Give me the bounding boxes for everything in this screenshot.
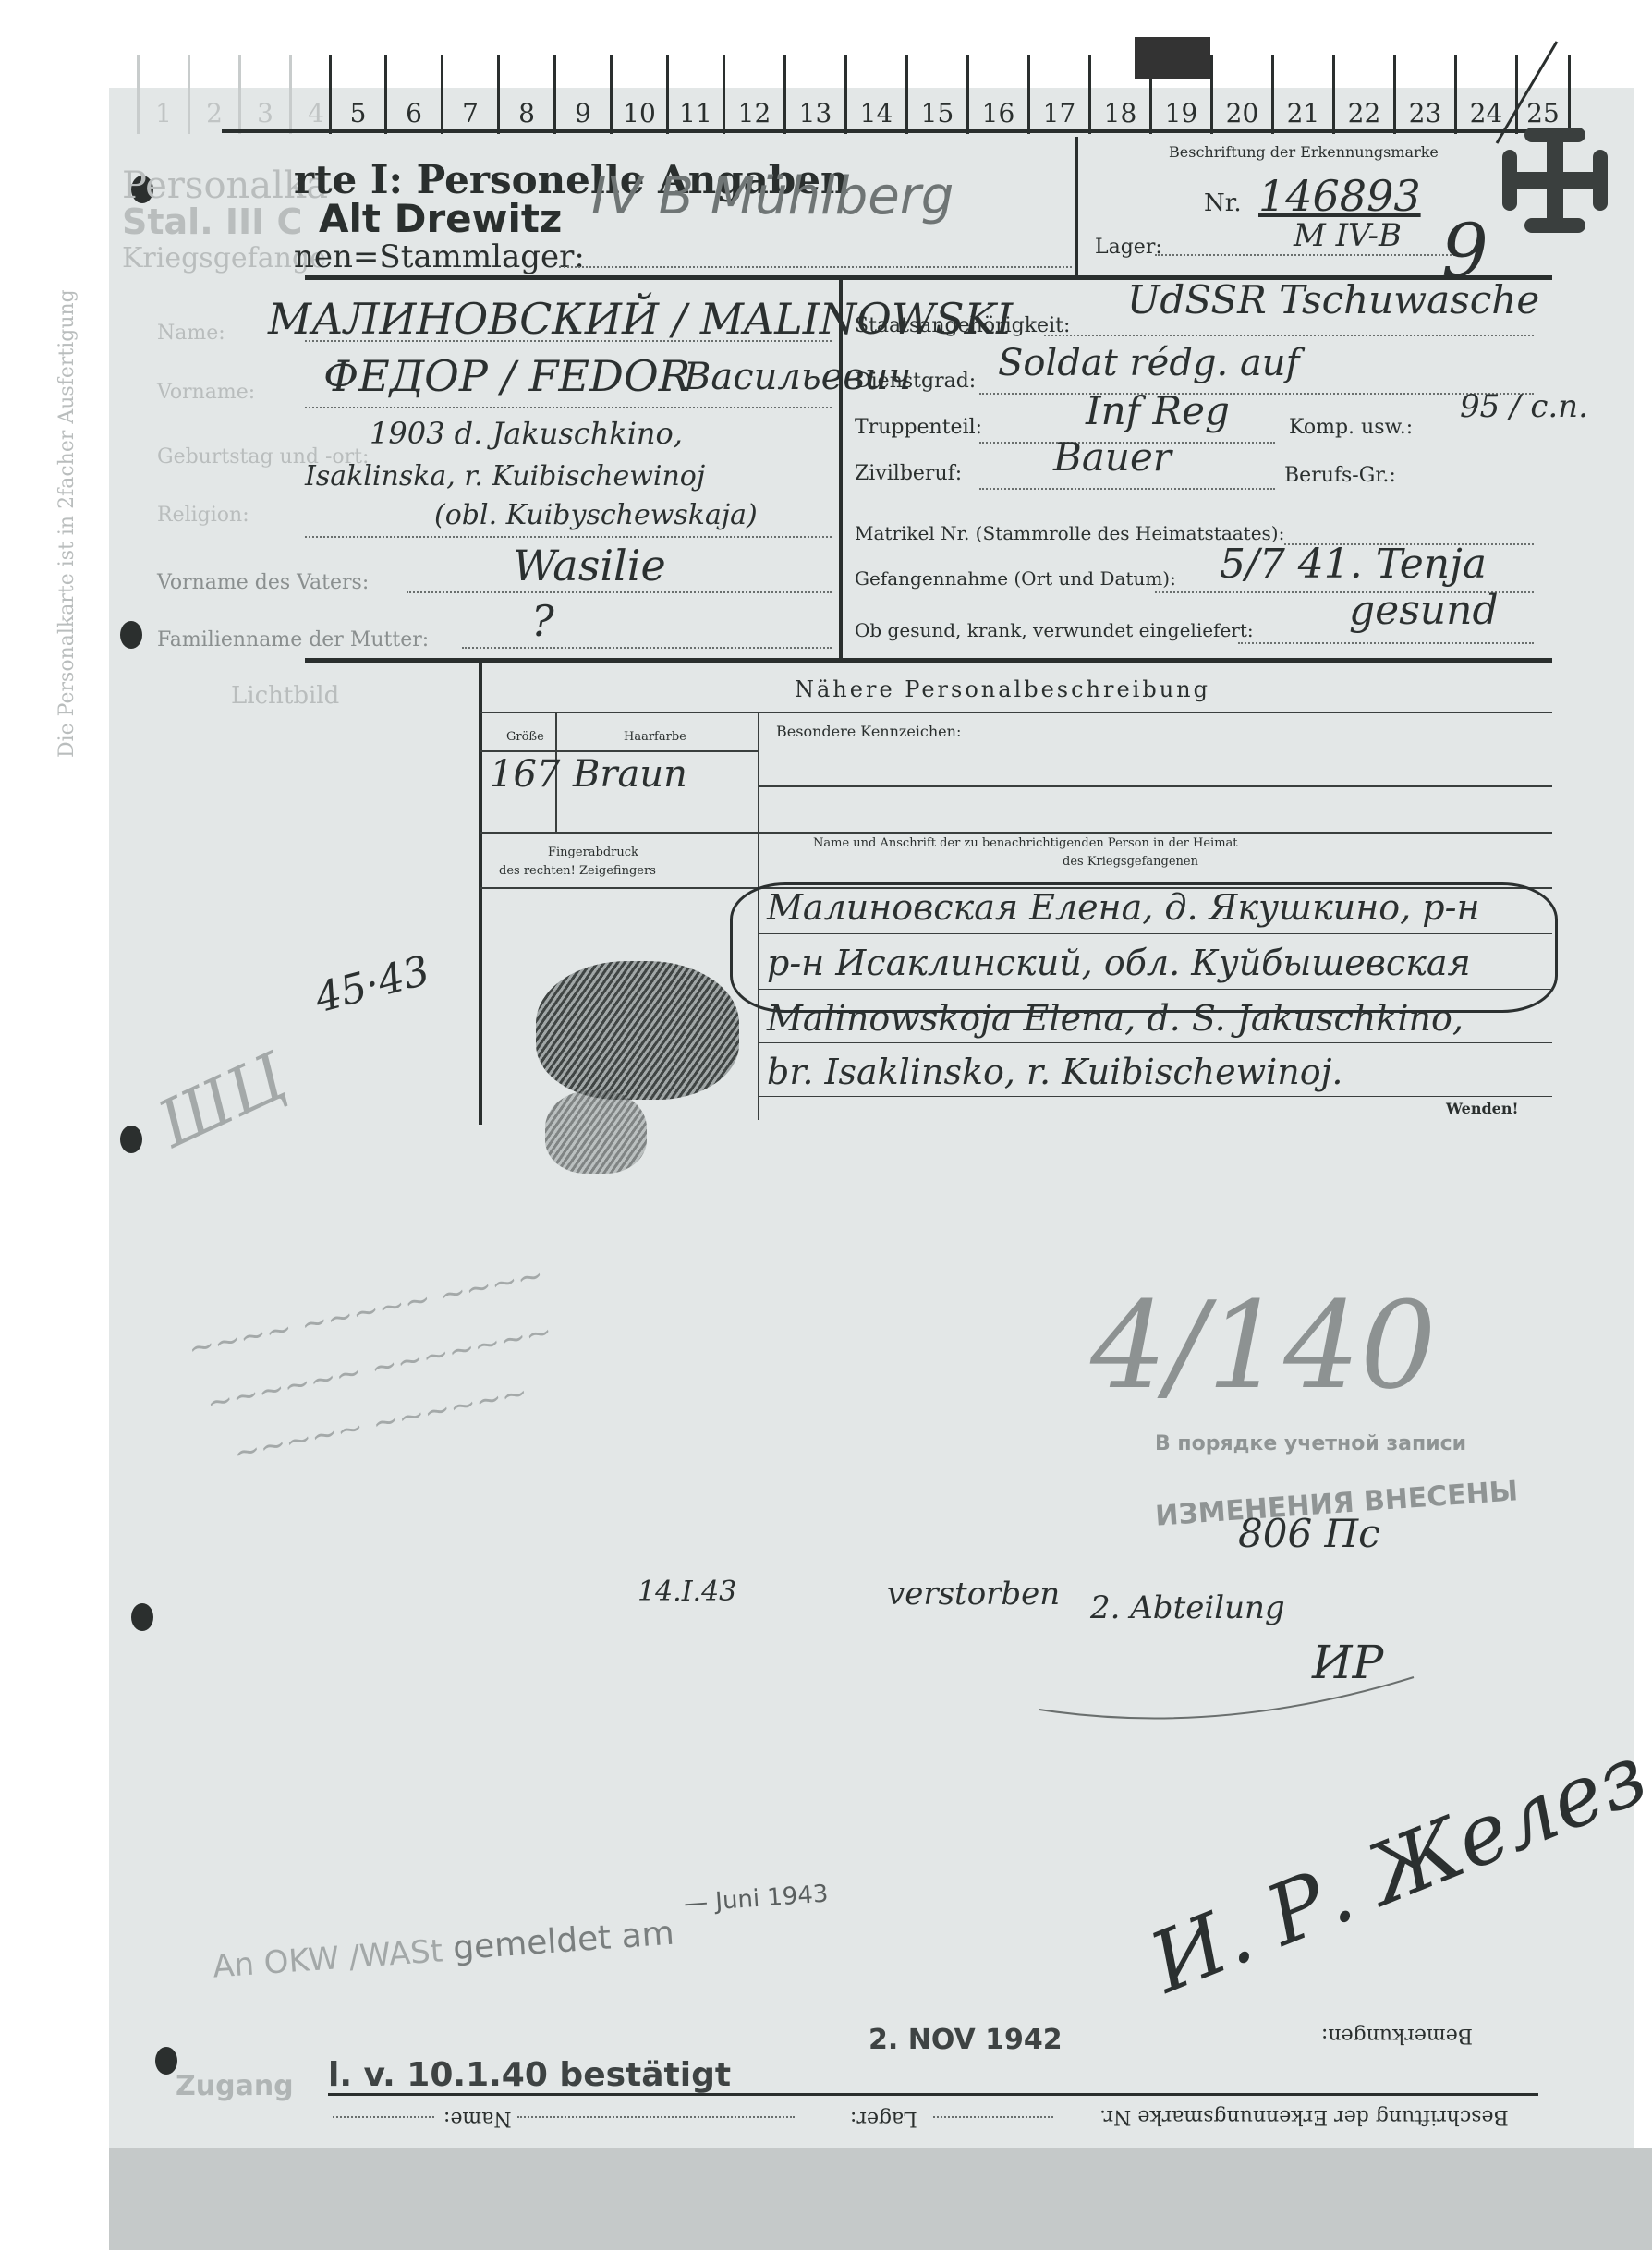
side-text-faint: Die Personalkarte ist in 2facher Ausfert… [55, 289, 79, 758]
ruler-number: 17 [1043, 98, 1076, 128]
death-date: 14.I.43 [638, 1576, 736, 1608]
health-label: Ob gesund, krank, verwundet eingeliefert… [855, 619, 1254, 641]
id-tag-nr-label: Nr. [1204, 189, 1242, 217]
fingerprint-label-2: des rechten! Zeigefingers [499, 864, 656, 878]
confirm-stamp-prefix-faint: Zugang [176, 2070, 294, 2102]
ruler-cell: 7 [441, 55, 497, 134]
ruler-number: 2 [206, 98, 223, 128]
civil-label: Zivilberuf: [855, 462, 962, 485]
turn-over-label: Wenden! [1446, 1100, 1519, 1117]
contact-line: р-н Исаклинский, обл. Куйбышевская [767, 943, 1471, 983]
id-tag-number: 146893 [1258, 171, 1421, 221]
ruler-cell: 23 [1393, 55, 1454, 134]
ruler-cell: 12 [723, 55, 783, 134]
capture-label: Gefangennahme (Ort und Datum): [855, 567, 1176, 590]
index-tab-marker [1135, 37, 1210, 79]
ruler-number: 12 [738, 98, 771, 128]
lager-field-line [1155, 254, 1469, 256]
footer-lager-label: Lager: [850, 2107, 917, 2130]
company-value: 95 / с.п. [1460, 388, 1588, 425]
id-tag-label: Beschriftung der Erkennungsmarke [1169, 143, 1439, 161]
photo-label: Lichtbild [231, 682, 339, 710]
ruler-cell: 20 [1210, 55, 1271, 134]
birth-value-line3: (obl. Kuibyschewskaja) [434, 499, 758, 531]
field-line [407, 591, 832, 593]
ruler-cell: 11 [666, 55, 723, 134]
ruler-cell: 15 [905, 55, 966, 134]
field-line [517, 2116, 795, 2118]
death-note: verstorben [887, 1576, 1060, 1613]
field-line [305, 536, 832, 538]
field-line [1238, 642, 1534, 644]
lager-value: M IV-B [1294, 217, 1402, 254]
footer-name-label: Name: [443, 2107, 512, 2130]
ruler-cell: 8 [497, 55, 553, 134]
ruler-cell: 21 [1271, 55, 1332, 134]
ruler-number: 16 [982, 98, 1015, 128]
divider [480, 832, 1552, 834]
ruler-number: 9 [575, 98, 591, 128]
punch-hole [155, 2047, 177, 2075]
company-label: Komp. usw.: [1289, 416, 1413, 439]
capture-value: 5/7 41. Tenja [1220, 541, 1487, 588]
contact-label-1: Name und Anschrift der zu benachrichtige… [813, 836, 1238, 850]
field-line [979, 488, 1275, 490]
ruler-number: 10 [623, 98, 656, 128]
punch-hole [120, 1126, 142, 1153]
stammlager-label: nen=Stammlager: [294, 238, 585, 275]
rank-label: Dienstgrad: [855, 370, 976, 393]
ruler-cell: 10 [610, 55, 666, 134]
ruler-number: 11 [679, 98, 712, 128]
firstname-label: Vorname: [157, 381, 255, 404]
ruler-number: 8 [518, 98, 535, 128]
divider [759, 989, 1552, 990]
rank-value: Soldat rédg. auf [998, 342, 1299, 384]
nationality-label: Staatsangehörigkeit: [855, 314, 1070, 337]
ruler-cell: 3 [238, 55, 289, 134]
mother-label: Familienname der Mutter: [157, 628, 429, 651]
height-label: Größe [506, 730, 544, 744]
ruler-number: 15 [921, 98, 954, 128]
contact-line: Malinowskoja Elena, d. S. Jakuschkino, [767, 998, 1464, 1039]
mother-value: ? [531, 596, 554, 646]
ruler-cell: 13 [783, 55, 844, 134]
ruler-number: 5 [350, 98, 367, 128]
ruler-number: 13 [799, 98, 832, 128]
field-line [333, 2116, 434, 2118]
firstname-value: ФЕДОР / FEDOR [323, 351, 690, 401]
unit-value: Inf Reg [1086, 388, 1230, 433]
divider [759, 1096, 1552, 1097]
field-line [305, 407, 832, 408]
divider [480, 750, 758, 752]
cross-potent-emblem-icon [1495, 120, 1615, 240]
ruler-cell: 14 [844, 55, 905, 134]
field-line [979, 393, 1534, 395]
ruler-cell: 5 [329, 55, 384, 134]
father-value: Wasilie [513, 541, 666, 590]
contact-label-2: des Kriegsgefangenen [1063, 855, 1198, 869]
hair-value: Braun [573, 753, 687, 796]
punch-hole [120, 621, 142, 649]
ruler-baseline [222, 129, 1534, 133]
field-line [462, 647, 832, 649]
fingerprint-label-1: Fingerabdruck [548, 846, 638, 859]
field-line [305, 340, 832, 342]
contact-line: Малиновская Елена, д. Якушкино, р-н [767, 887, 1480, 928]
ruler-number: 21 [1287, 98, 1320, 128]
stamp-registry-line: В порядке учетной записи [1155, 1432, 1466, 1455]
divider [479, 663, 482, 1125]
height-value: 167 [490, 753, 560, 796]
punch-hole [131, 1603, 153, 1631]
large-pencil-number: 4/140 [1090, 1275, 1437, 1416]
death-note-tail: 2. Abteilung [1090, 1589, 1285, 1626]
fingerprint-image [536, 961, 739, 1100]
ruler-number: 3 [257, 98, 273, 128]
camp-stamp: Alt Drewitz [319, 196, 562, 241]
hair-label: Haarfarbe [624, 730, 686, 744]
confirm-stamp: l. v. 10.1.40 bestätigt [328, 2056, 731, 2094]
lager-label: Lager: [1095, 236, 1162, 259]
divider [1075, 137, 1078, 275]
ruler-number: 1 [155, 98, 172, 128]
birth-value-line2: Isaklinska, r. Kuibischewinoj [305, 460, 705, 493]
stamp-number: 806 Пс [1238, 1511, 1380, 1556]
ruler-number: 19 [1165, 98, 1198, 128]
index-ruler: 1 2 3 4 5 6 7 8 9 10 11 12 13 14 15 16 1… [109, 55, 1532, 134]
health-value: gesund [1349, 587, 1499, 634]
nov-date-stamp: 2. NOV 1942 [869, 2024, 1063, 2056]
fingerprint-smudge [545, 1090, 647, 1174]
nationality-value: UdSSR Tschuwasche [1127, 277, 1539, 323]
stammlager-field-line [559, 266, 1072, 268]
ruler-cell: 17 [1027, 55, 1088, 134]
divider [480, 712, 1552, 713]
footer-divider [328, 2093, 1538, 2096]
ruler-cell: 9 [553, 55, 610, 134]
marks-label: Besondere Kennzeichen: [776, 723, 961, 740]
unit-label: Truppenteil: [855, 416, 982, 439]
religion-label: Religion: [157, 504, 249, 527]
divider [759, 1042, 1552, 1043]
section-divider [305, 658, 1552, 663]
field-line [1044, 335, 1534, 336]
ruler-number: 23 [1409, 98, 1442, 128]
underline-stroke [1035, 1673, 1423, 1728]
field-line [933, 2116, 1053, 2118]
ruler-number: 18 [1104, 98, 1137, 128]
ruler-number: 4 [308, 98, 324, 128]
ruler-number: 22 [1348, 98, 1381, 128]
ruler-number: 6 [406, 98, 422, 128]
occgroup-label: Berufs-Gr.: [1284, 464, 1396, 487]
camp-stamp-faint: Stal. III C [122, 201, 302, 242]
birth-value-line1: 1903 d. Jakuschkino, [370, 416, 683, 451]
scan-bottom-band [109, 2148, 1652, 2250]
ruler-number: 14 [860, 98, 893, 128]
description-section-title: Nähere Personalbeschreibung [795, 676, 1210, 702]
father-label: Vorname des Vaters: [157, 571, 369, 594]
ruler-number: 7 [462, 98, 479, 128]
ruler-cell: 1 [137, 55, 188, 134]
ruler-cell: 6 [384, 55, 441, 134]
ruler-number: 20 [1226, 98, 1259, 128]
divider [759, 933, 1552, 934]
camp-handwritten: IV B Mühlberg [591, 166, 954, 226]
footer-remarks-label: Bemerkungen: [1321, 2024, 1473, 2047]
ruler-cell: 2 [188, 55, 238, 134]
ruler-cell: 16 [966, 55, 1027, 134]
ruler-cell: 22 [1332, 55, 1393, 134]
footer-tag-label: Beschriftung der Erkennungsmarke Nr. [1099, 2105, 1509, 2128]
contact-line: br. Isaklinsko, r. Kuibischewinoj. [767, 1052, 1342, 1092]
name-label: Name: [157, 322, 225, 345]
divider [758, 785, 1552, 787]
civil-value: Bauer [1053, 434, 1172, 480]
